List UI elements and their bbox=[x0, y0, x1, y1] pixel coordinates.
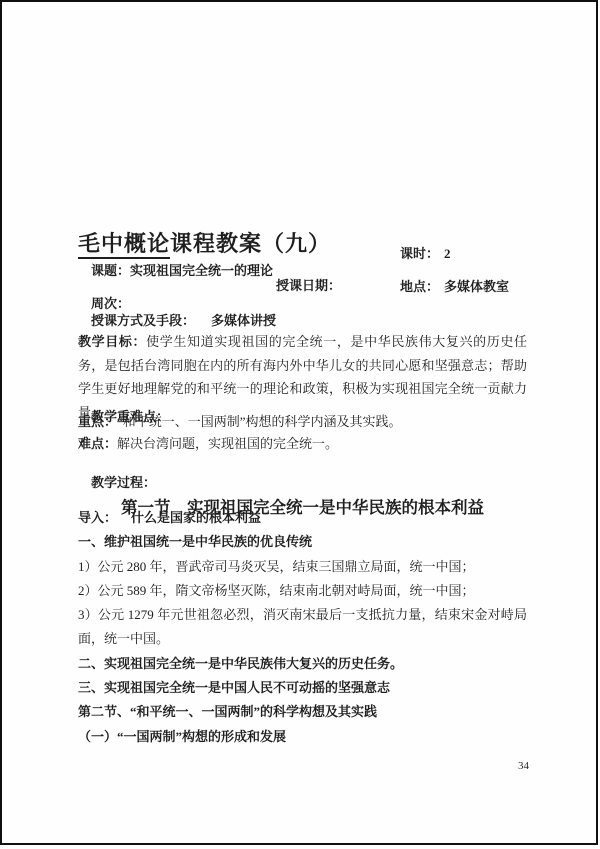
method-label: 授课方式及手段： bbox=[91, 313, 195, 328]
method-value: 多媒体讲授 bbox=[211, 313, 276, 328]
objectives-label: 教学目标： bbox=[78, 334, 146, 349]
outline-item-6: 三、实现祖国完全统一是中国人民不可动摇的坚强意志 bbox=[78, 676, 527, 700]
hours-value: 2 bbox=[444, 246, 451, 261]
intro-label: 导入： bbox=[78, 510, 117, 525]
page-number: 34 bbox=[505, 760, 529, 772]
difficulty-label: 难点： bbox=[78, 436, 117, 451]
outline-item-1: 一、维护祖国统一是中华民族的优良传统 bbox=[78, 530, 527, 554]
outline-item-2: 1）公元 280 年，晋武帝司马炎灭吴，结束三国鼎立局面，统一中国； bbox=[78, 555, 527, 579]
difficulty-text: 解决台湾问题，实现祖国的完全统一。 bbox=[117, 436, 338, 451]
lesson-outline: 导入：什么是国家的根本利益 一、维护祖国统一是中华民族的优良传统 1）公元 28… bbox=[78, 506, 527, 749]
outline-item-7: 第二节、“和平统一、一国两制”的科学构想及其实践 bbox=[78, 700, 527, 724]
location-label: 地点： bbox=[400, 279, 439, 294]
focus-text: “和平统一、一国两制”构想的科学内涵及其实践。 bbox=[117, 414, 402, 429]
intro-text: 什么是国家的根本利益 bbox=[131, 510, 261, 525]
outline-item-8: （一）“一国两制”构想的形成和发展 bbox=[78, 725, 527, 749]
outline-item-5: 二、实现祖国完全统一是中华民族伟大复兴的历史任务。 bbox=[78, 652, 527, 676]
location-value: 多媒体教室 bbox=[444, 279, 509, 294]
document-page: 毛中概论课程教案（九） 课题：实现祖国完全统一的理论 课时：2 授课日期： 周次… bbox=[0, 0, 600, 849]
focus-line: 重点：“和平统一、一国两制”构想的科学内涵及其实践。 bbox=[78, 413, 527, 430]
intro-line: 导入：什么是国家的根本利益 bbox=[78, 506, 527, 530]
hours-label: 课时： bbox=[400, 246, 439, 261]
focus-label: 重点： bbox=[78, 414, 117, 429]
outline-item-3: 2）公元 589 年，隋文帝杨坚灭陈，结束南北朝对峙局面，统一中国； bbox=[78, 579, 527, 603]
outline-item-4: 3）公元 1279 年元世祖忽必烈，消灭南宋最后一支抵抗力量，结束宋金对峙局面，… bbox=[78, 603, 527, 652]
difficulty-line: 难点：解决台湾问题，实现祖国的完全统一。 bbox=[78, 435, 527, 452]
location-cell: 地点：多媒体教室 bbox=[400, 278, 509, 295]
process-label: 教学过程： bbox=[91, 475, 156, 490]
